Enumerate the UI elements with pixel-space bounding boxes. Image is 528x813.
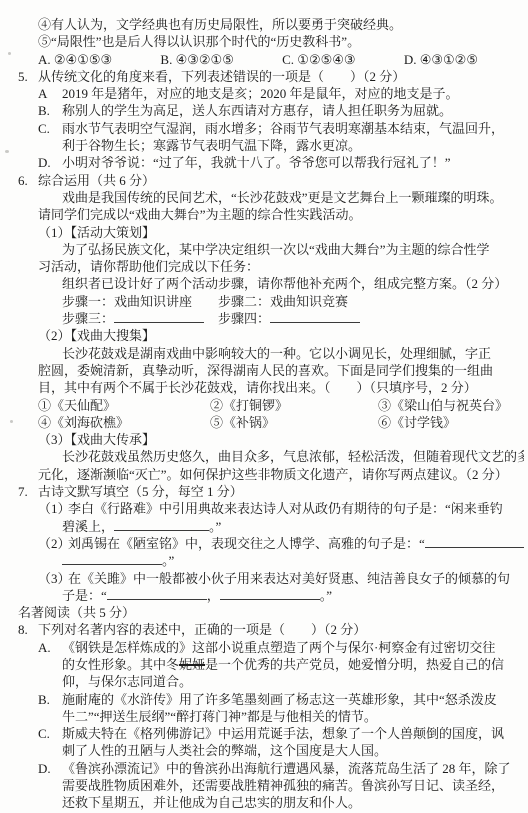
- q6-step-3-blank: [114, 311, 204, 323]
- q6-step-3-label: 步骤三：: [62, 311, 114, 326]
- q6-intro-line: 请同学们完成以“戏曲大舞台”为主题的综合性实践活动。: [38, 206, 524, 223]
- q7-item-3-cont-end: 。”: [320, 588, 332, 603]
- q5-option-a-text: 2019 年是猪年，对应的地支是亥；2020 年是鼠年，对应的地支是子。: [62, 85, 524, 102]
- q6-number: 6.: [18, 172, 38, 189]
- q6-intro-line: 戏曲是我国传统的民间艺术，“长沙花鼓戏”更是文艺舞台上一颗璀璨的明珠。: [62, 189, 524, 206]
- q8-option-a-line2: 的女性形象。其中冬妮娅是一个优秀的共产党员，她爱憎分明，热爱自己的信: [62, 656, 524, 673]
- q7-item-1-blank: [114, 519, 209, 531]
- opera-item: ⑥《讨学钱》: [378, 414, 456, 431]
- q6-part1-heading: （1）【活动大策划】: [38, 224, 524, 241]
- q7-item-2-label: （2）: [38, 535, 68, 552]
- q7-item-3-cont-text: 子是：“: [62, 588, 107, 603]
- opera-item: ②《打铜锣》: [210, 397, 378, 414]
- q6-part2-line: 腔圆，委婉清新，真挚动听，深得湖南人民的喜欢。下面是同学们搜集的一组曲: [38, 362, 524, 379]
- q8-option-d-line: 还救下星期五，并让他成为自己忠实的朋友和仆人。: [62, 794, 524, 811]
- q8-number: 8.: [18, 621, 38, 638]
- section-title-mingzhu: 名著阅读（共 5 分）: [18, 604, 524, 621]
- q7-number: 7.: [18, 483, 38, 500]
- q5-option-d-label: D.: [38, 154, 62, 171]
- q8-stem: 下列对名著内容的表述中，正确的一项是（ ）（2 分）: [38, 621, 366, 638]
- q8-option-b-line: 施耐庵的《水浒传》用了许多笔墨刻画了杨志这一英雄形象，其中“怒杀泼皮: [62, 691, 524, 708]
- q5-option-a: A 2019 年是猪年，对应的地支是亥；2020 年是鼠年，对应的地支是子。: [38, 85, 524, 102]
- q8-option-b-line: 牛二”“押送生辰纲”“醉打蒋门神”都是与他相关的情节。: [62, 708, 524, 725]
- q5-option-c: C. 雨水节气表明空气湿润，雨水增多；谷雨节气表明寒潮基本结束，气温回升， 利于…: [38, 120, 524, 155]
- opera-item: ①《天仙配》: [38, 397, 210, 414]
- q5-option-b-label: B.: [38, 102, 62, 119]
- q6-step-4-blank: [270, 311, 360, 323]
- q8-option-a-line1: 《钢铁是怎样炼成的》这部小说重点塑造了两个与保尔·柯察金有过密切交往: [62, 639, 524, 656]
- q6-part2-heading: （2）【戏曲大搜集】: [38, 327, 524, 344]
- q6-part2-line: 目，其中有两个不属于长沙花鼓戏，请你找出来。（ ）（只填序号，2 分）: [38, 379, 524, 396]
- q6-part3-heading: （3）【戏曲大传承】: [38, 431, 524, 448]
- q7-item-2: （2） 刘禹锡在《陋室铭》中，表现交往之人博学、高雅的句子是：“，: [38, 535, 524, 552]
- q5-option-a-label: A: [38, 85, 62, 102]
- q8-option-d-line: 需要战胜物质困难外，还需要战胜精神孤独的痛苦。鲁滨孙写日记、读圣经，: [62, 777, 524, 794]
- q4-choice-row: A. ②④①⑤③ B. ④③②①⑤ C. ①②⑤④③ D. ④③①②⑤: [38, 51, 478, 68]
- q7-item-3-blank-1: [107, 588, 207, 600]
- q5-option-c-text: 雨水节气表明空气湿润，雨水增多；谷雨节气表明寒潮基本结束，气温回升，: [62, 120, 524, 137]
- q7-item-2-cont-end: 。”: [162, 553, 174, 568]
- q5-number: 5.: [18, 68, 38, 85]
- q6-step-3: 步骤三：: [62, 310, 218, 327]
- q6-step-1: 步骤一：戏曲知识讲座: [62, 293, 218, 310]
- question-6: 6. 综合运用（共 6 分） 戏曲是我国传统的民间艺术，“长沙花鼓戏”更是文艺舞…: [18, 172, 524, 483]
- q5-option-d: D. 小明对爷爷说：“过了年，我就十八了。爷爷您可以帮我行冠礼了！”: [38, 154, 524, 171]
- q8-option-a-strikethrough-text: 妮娅: [179, 657, 205, 672]
- question-5: 5. 从传统文化的角度来看，下列表述错误的一项是（ ）（2 分） A 2019 …: [18, 68, 524, 172]
- q7-title-row: 7. 古诗文默写填空（5 分，每空 1 分）: [18, 483, 524, 500]
- q6-steps-row-1: 步骤一：戏曲知识讲座 步骤二：戏曲知识竞赛: [62, 293, 524, 310]
- q6-part1-line: 为了弘扬民族文化，某中学决定组织一次以“戏曲大舞台”为主题的综合性学: [62, 241, 524, 258]
- q5-option-b: B. 称别人的学生为高足，送人东西请对方惠存，请人担任职务为屈就。: [38, 102, 524, 119]
- q8-option-d: D. 《鲁滨孙漂流记》中的鲁滨孙出海航行遭遇风暴，流落荒岛生活了 28 年，除了…: [38, 760, 524, 812]
- q7-item-1: （1） 李白《行路难》中引用典故来表达诗人对从政仍有期待的句子是：“闲来垂钓: [38, 500, 524, 517]
- q4-choice-c: C. ①②⑤④③: [282, 51, 355, 68]
- q5-option-c-text: 利于谷物生长；寒露节气表明气温下降，露水更凉。: [62, 137, 524, 154]
- scan-artifact: [10, 420, 13, 423]
- q8-option-a-line3: 仰，与保尔志同道合。: [62, 673, 524, 690]
- q7-item-2-text: 刘禹锡在《陋室铭》中，表现交往之人博学、高雅的句子是：“，: [68, 535, 524, 552]
- q8-option-a-line2-post: 是一个优秀的共产党员，她爱憎分明，热爱自己的信: [205, 657, 504, 672]
- q7-item-1-cont-end: 。”: [209, 519, 221, 534]
- q5-option-b-text: 称别人的学生为高足，送人东西请对方惠存，请人担任职务为屈就。: [62, 102, 524, 119]
- question-4-tail: ④有人认为，文学经典也有历史局限性，所以要勇于突破经典。 ⑤“局限性”也是后人得…: [18, 16, 524, 68]
- q7-item-3: （3） 在《关雎》中一般都被小伙子用来表达对美好贤惠、纯洁善良女子的倾慕的句: [38, 570, 524, 587]
- q7-title: 古诗文默写填空（5 分，每空 1 分）: [38, 483, 243, 500]
- q6-part3-line: 长沙花鼓戏虽然历史悠久，曲目众多，气息浓郁，轻松活泼，但随着现代文艺的多: [62, 448, 524, 465]
- q4-choice-d: D. ④③①②⑤: [404, 51, 478, 68]
- q4-choice-a: A. ②④①⑤③: [38, 51, 112, 68]
- scan-artifact: [5, 150, 9, 153]
- q5-option-c-label: C.: [38, 120, 62, 155]
- q8-stem-row: 8. 下列对名著内容的表述中，正确的一项是（ ）（2 分）: [18, 621, 524, 638]
- q6-part3-line: 元化，逐渐濒临“灭亡”。如何保护这些非物质文化遗产，请你写两点建议。（2 分）: [38, 466, 524, 483]
- question-8: 8. 下列对名著内容的表述中，正确的一项是（ ）（2 分） A. 《钢铁是怎样炼…: [18, 621, 524, 811]
- question-7: 7. 古诗文默写填空（5 分，每空 1 分） （1） 李白《行路难》中引用典故来…: [18, 483, 524, 604]
- q7-item-1-label: （1）: [38, 500, 68, 517]
- statement-5: ⑤“局限性”也是后人得以认识那个时代的“历史教科书”。: [38, 33, 524, 50]
- q7-item-3-cont-mid: ，: [207, 588, 220, 603]
- q7-item-2-cont: 。”: [62, 552, 524, 569]
- q6-opera-row-1: ①《天仙配》 ②《打铜锣》 ③《梁山伯与祝英台》: [38, 397, 524, 414]
- q6-title: 综合运用（共 6 分）: [38, 172, 155, 189]
- q8-option-c-line: 刺了人性的丑陋与人类社会的弊端，这个国度是大人国。: [62, 742, 524, 759]
- exam-page: ④有人认为，文学经典也有历史局限性，所以要勇于突破经典。 ⑤“局限性”也是后人得…: [0, 0, 528, 812]
- q6-steps-row-2: 步骤三： 步骤四：: [62, 310, 524, 327]
- q7-item-3-blank-2: [220, 588, 320, 600]
- q4-choice-b: B. ④③②①⑤: [160, 51, 233, 68]
- q6-part1-line: 组织者已设计好了两个活动步骤，请你帮他补充两个，组成完整方案。（2 分）: [62, 275, 524, 292]
- q7-item-1-text: 李白《行路难》中引用典故来表达诗人对从政仍有期待的句子是：“闲来垂钓: [68, 500, 503, 517]
- q8-option-d-label: D.: [38, 760, 62, 812]
- q6-step-4-label: 步骤四：: [218, 311, 270, 326]
- opera-item: ⑤《补锅》: [210, 414, 378, 431]
- q5-stem-row: 5. 从传统文化的角度来看，下列表述错误的一项是（ ）（2 分）: [18, 68, 524, 85]
- q6-step-2: 步骤二：戏曲知识竞赛: [218, 293, 348, 310]
- q5-stem: 从传统文化的角度来看，下列表述错误的一项是（ ）（2 分）: [38, 68, 405, 85]
- q7-item-3-cont: 子是：“，。”: [62, 587, 524, 604]
- q6-part2-line: 长沙花鼓戏是湖南戏曲中影响较大的一种。它以小调见长，处理细腻，字正: [62, 345, 524, 362]
- q8-option-a-line2-pre: 的女性形象。其中冬: [62, 657, 179, 672]
- q6-title-row: 6. 综合运用（共 6 分）: [18, 172, 524, 189]
- q8-option-a: A. 《钢铁是怎样炼成的》这部小说重点塑造了两个与保尔·柯察金有过密切交往 的女…: [38, 639, 524, 691]
- q8-option-c: C. 斯威夫特在《格列佛游记》中运用荒诞手法，想象了一个人兽颠倒的国度，讽 刺了…: [38, 725, 524, 760]
- q7-item-2-blank-1: [425, 536, 524, 548]
- q8-option-d-line: 《鲁滨孙漂流记》中的鲁滨孙出海航行遭遇风暴，流落荒岛生活了 28 年，除了: [62, 760, 524, 777]
- q7-item-2-pre: 刘禹锡在《陋室铭》中，表现交往之人博学、高雅的句子是：“: [68, 536, 425, 551]
- q6-opera-row-2: ④《刘海砍樵》 ⑤《补锅》 ⑥《讨学钱》: [38, 414, 524, 431]
- q7-item-3-text: 在《关雎》中一般都被小伙子用来表达对美好贤惠、纯洁善良女子的倾慕的句: [68, 570, 510, 587]
- q8-option-a-label: A.: [38, 639, 62, 691]
- q6-step-4: 步骤四：: [218, 310, 360, 327]
- q5-option-d-text: 小明对爷爷说：“过了年，我就十八了。爷爷您可以帮我行冠礼了！”: [62, 154, 524, 171]
- q8-option-c-line: 斯威夫特在《格列佛游记》中运用荒诞手法，想象了一个人兽颠倒的国度，讽: [62, 725, 524, 742]
- q8-option-c-label: C.: [38, 725, 62, 760]
- opera-item: ④《刘海砍樵》: [38, 414, 210, 431]
- q7-item-1-cont: 碧溪上，。”: [62, 518, 524, 535]
- q8-option-b: B. 施耐庵的《水浒传》用了许多笔墨刻画了杨志这一英雄形象，其中“怒杀泼皮 牛二…: [38, 691, 524, 726]
- opera-item: ③《梁山伯与祝英台》: [378, 397, 508, 414]
- q8-option-b-label: B.: [38, 691, 62, 726]
- statement-4: ④有人认为，文学经典也有历史局限性，所以要勇于突破经典。: [38, 16, 524, 33]
- scan-artifact: [8, 52, 11, 55]
- q6-part1-line: 习活动，请你帮助他们完成以下任务：: [38, 258, 524, 275]
- q7-item-3-label: （3）: [38, 570, 68, 587]
- q7-item-1-cont-text: 碧溪上，: [62, 519, 114, 534]
- q7-item-2-blank-2: [62, 553, 162, 565]
